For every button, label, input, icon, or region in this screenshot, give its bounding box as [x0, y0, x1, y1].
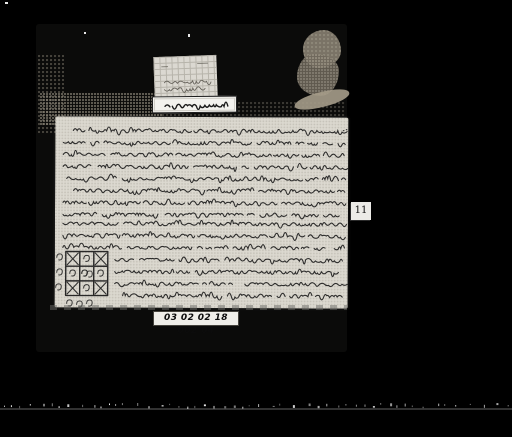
manuscript-script	[55, 116, 349, 308]
title-label	[152, 96, 237, 114]
frame-number-tag: 11	[351, 202, 371, 220]
inventory-note	[153, 55, 217, 98]
film-speck	[5, 2, 8, 4]
title-label-border	[154, 98, 235, 112]
microfilm-frame: 11 03 02 02 18 002 04	[0, 0, 512, 437]
scale-ruler	[0, 396, 512, 418]
classification-label: 03 02 02 18 002 04	[153, 311, 239, 326]
film-speck	[188, 34, 190, 37]
note-handwriting	[153, 55, 217, 98]
page-bottom-edge	[50, 305, 347, 310]
manuscript-page	[55, 116, 349, 308]
film-speck	[84, 32, 86, 34]
